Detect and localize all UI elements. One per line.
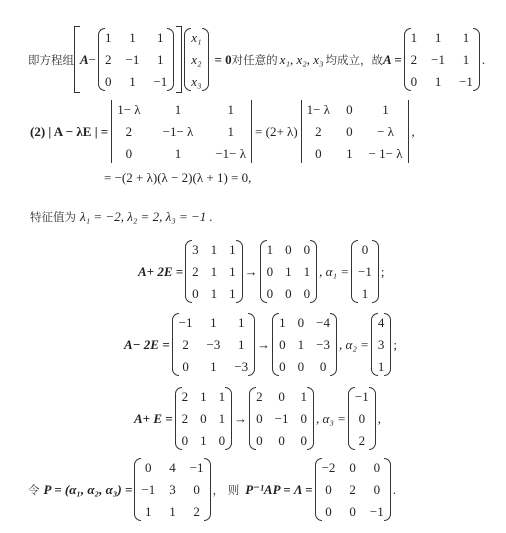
matrix-cell: 0 [316,357,330,376]
matrix-cell: 1 [219,409,226,428]
matrix-cell: 1 [431,28,445,47]
lhs: A− 2E = [124,337,170,353]
vector-x: x₁x₂x₃ [184,28,208,91]
matrix-cell: 1 [200,431,207,450]
A-equals: A = [383,52,402,68]
matrix-before: 211201010 [175,387,233,450]
matrix-cell: 0 [275,387,289,406]
matrix-cell: 3 [169,480,176,499]
final-prefix: 令 [28,482,40,498]
matrix-coefficients: 1112−1101−1 [98,28,174,91]
equals-zero: = 0 [215,52,232,68]
matrix-cell: −1 [459,72,473,91]
vector-cell: 4 [378,313,385,332]
matrix-Lambda: −20002000−1 [315,458,391,521]
matrix-cell: 4 [169,458,176,477]
matrix-cell: 1 [229,284,236,303]
matrix-cell: 0 [322,502,336,521]
matrix-cell: 1 [369,100,403,119]
matrix-cell: 1 [169,502,176,521]
matrix-cell: 1 [126,72,140,91]
matrix-cell: 1 [234,335,248,354]
matrix-cell: 1 [267,240,274,259]
matrix-cell: 1 [206,357,220,376]
vector-cell: 3 [378,335,385,354]
matrix-cell: 0 [279,335,286,354]
matrix-cell: 0 [279,357,286,376]
matrix-cell: 0 [200,409,207,428]
matrix-cell: 2 [307,122,330,141]
matrix-cell: 0 [370,458,384,477]
matrix-cell: − 1− λ [369,144,403,163]
matrix-cell: 0 [346,122,353,141]
matrix-cell: 0 [285,240,292,259]
matrix-cell: −1 [275,409,289,428]
line-system-equation: 即方程组 A − 1112−1101−1 x₁x₂x₃ = 0 对任意的 x₁,… [28,28,485,91]
matrix-cell: 0 [256,409,263,428]
eigenvector: 431 [371,313,392,376]
arrow: → [257,337,270,353]
vector-cell: x₃ [191,72,201,91]
matrix-P: 04−1−130112 [134,458,210,521]
matrix-cell: −2 [322,458,336,477]
matrix-cell: 1 [126,28,140,47]
matrix-cell: 0 [349,502,356,521]
matrix-cell: 2 [256,387,263,406]
matrix-cell: 0 [304,284,311,303]
line-characteristic-determinant: (2) | A − λE | = 1− λ112−1− λ101−1− λ = … [30,100,415,163]
det-label: (2) | A − λE | = [30,124,108,140]
matrix-cell: 0 [298,357,305,376]
matrix-cell: −1 [179,313,193,332]
matrix-cell: −1 [153,72,167,91]
matrix-cell: 0 [117,144,140,163]
matrix-cell: 0 [370,480,384,499]
matrix-cell: −3 [234,357,248,376]
matrix-cell: 2 [192,262,199,281]
matrix-cell: 1 [279,313,286,332]
similarity-relation: P⁻¹AP = Λ = [245,482,312,498]
matrix-reduced: 100011000 [260,240,318,303]
matrix-cell: 1 [229,240,236,259]
matrix-cell: −1− λ [163,122,194,141]
matrix-cell: 2 [117,122,140,141]
matrix-cell: 1 [206,313,220,332]
matrix-cell: 0 [301,431,308,450]
matrix-cell: 1 [431,72,445,91]
polynomial-equation: = −(2 + λ)(λ − 2)(λ + 1) = 0, [104,170,251,186]
matrix-cell: 1 [346,144,353,163]
matrix-cell: 1 [301,387,308,406]
matrix-cell: 2 [411,50,418,69]
matrix-cell: 1 [141,502,155,521]
matrix-cell: 2 [182,409,189,428]
alpha-label: , α₁ = [319,264,349,280]
eigen-block-2: A− 2E = −1112−3101−3 → 10−401−3000 , α₂ … [124,313,397,376]
comma: , [412,124,415,140]
minus-sign: − [89,52,96,68]
matrix-cell: 0 [141,458,155,477]
eigen-block-3: A+ E = 211201010 → 2010−10000 , α₃ = −10… [134,387,381,450]
matrix-cell: 0 [307,144,330,163]
factor: = (2+ λ) [255,124,298,140]
matrix-cell: −3 [206,335,220,354]
matrix-cell: 1 [153,50,167,69]
matrix-cell: 0 [179,357,193,376]
line-factored-polynomial: = −(2 + λ)(λ − 2)(λ + 1) = 0, [104,170,251,186]
vector-cell: x₂ [191,50,201,69]
arrow: → [234,411,247,427]
matrix-cell: 1 [219,387,226,406]
determinant-1: 1− λ112−1− λ101−1− λ [110,100,253,163]
matrix-cell: 1 [298,335,305,354]
text-end: 均成立，故 [326,52,384,68]
matrix-cell: 1 [200,387,207,406]
matrix-cell: 1 [411,28,418,47]
matrix-cell: 0 [267,284,274,303]
matrix-cell: −1 [431,50,445,69]
matrix-cell: 1− λ [117,100,140,119]
text-prefix: 即方程组 [28,52,74,68]
period: . [393,482,396,498]
matrix-cell: 1 [105,28,112,47]
matrix-cell: 0 [267,262,274,281]
matrix-cell: 1 [459,28,473,47]
matrix-reduced: 10−401−3000 [272,313,337,376]
matrix-cell: 1 [459,50,473,69]
matrix-cell: −1 [190,458,204,477]
matrix-cell: −1− λ [215,144,246,163]
matrix-A-result: 1112−1101−1 [404,28,480,91]
matrix-cell: 1 [163,100,194,119]
matrix-cell: −1 [126,50,140,69]
matrix-cell: −4 [316,313,330,332]
matrix-before: 311211011 [185,240,243,303]
eigenvalues: λ₁ = −2, λ₂ = 2, λ₃ = −1 . [80,209,213,225]
alpha-label: , α₃ = [316,411,346,427]
matrix-cell: 1 [285,262,292,281]
lhs: A+ E = [134,411,173,427]
vector-cell: 0 [355,409,369,428]
end-punct: , [378,411,381,427]
matrix-cell: 0 [190,480,204,499]
bracket-expression: A − 1112−1101−1 [74,28,182,91]
matrix-before: −1112−3101−3 [172,313,256,376]
matrix-cell: 2 [179,335,193,354]
matrix-cell: 0 [105,72,112,91]
matrix-cell: 1 [163,144,194,163]
matrix-cell: 0 [304,240,311,259]
P-definition: P = (α₁, α₂, α₃) = [44,482,133,498]
matrix-cell: 0 [411,72,418,91]
matrix-cell: 1 [304,262,311,281]
vector-cell: 1 [358,284,372,303]
arrow: → [245,264,258,280]
matrix-cell: 0 [275,431,289,450]
matrix-cell: 0 [298,313,305,332]
alpha-label: , α₂ = [339,337,369,353]
text-mid: 对任意的 [232,52,278,68]
matrix-cell: 2 [190,502,204,521]
matrix-cell: 0 [256,431,263,450]
matrix-cell: 0 [219,431,226,450]
matrix-cell: 2 [349,480,356,499]
matrix-cell: 2 [182,387,189,406]
matrix-cell: 1 [153,28,167,47]
vector-cell: 2 [355,431,369,450]
vector-cell: 1 [378,357,385,376]
eigenvector: 0−11 [351,240,379,303]
matrix-symbol-A: A [80,52,89,68]
line-diagonalization: 令 P = (α₁, α₂, α₃) = 04−1−130112 ， 则 P⁻¹… [28,458,396,521]
matrix-cell: 0 [346,100,353,119]
end-punct: ; [393,337,397,353]
matrix-cell: 0 [285,284,292,303]
matrix-cell: 2 [105,50,112,69]
matrix-cell: 1− λ [307,100,330,119]
matrix-cell: 1 [234,313,248,332]
matrix-cell: 1 [211,284,218,303]
matrix-cell: 0 [182,431,189,450]
matrix-cell: 0 [192,284,199,303]
eigenvalue-prefix: 特征值为 [30,209,76,225]
matrix-cell: − λ [369,122,403,141]
variables: x₁, x₂, x₃ [280,52,324,68]
matrix-cell: 1 [229,262,236,281]
matrix-cell: −3 [316,335,330,354]
vector-cell: x₁ [191,28,201,47]
end-punct: ; [381,264,385,280]
eigenvector: −102 [348,387,376,450]
vector-cell: −1 [358,262,372,281]
line-eigenvalues: 特征值为 λ₁ = −2, λ₂ = 2, λ₃ = −1 . [30,209,213,225]
lhs: A+ 2E = [138,264,183,280]
matrix-cell: 0 [349,458,356,477]
eigen-block-1: A+ 2E = 311211011 → 100011000 , α₁ = 0−1… [138,240,385,303]
matrix-cell: −1 [370,502,384,521]
matrix-cell: 0 [322,480,336,499]
matrix-cell: 1 [211,262,218,281]
period: . [482,52,485,68]
matrix-cell: 3 [192,240,199,259]
matrix-cell: 0 [301,409,308,428]
vector-cell: −1 [355,387,369,406]
matrix-cell: −1 [141,480,155,499]
determinant-2: 1− λ0120− λ01− 1− λ [300,100,410,163]
vector-cell: 0 [358,240,372,259]
matrix-reduced: 2010−10000 [249,387,314,450]
matrix-cell: 1 [215,122,246,141]
matrix-cell: 1 [211,240,218,259]
matrix-cell: 1 [215,100,246,119]
then-text: ， 则 [213,482,240,498]
